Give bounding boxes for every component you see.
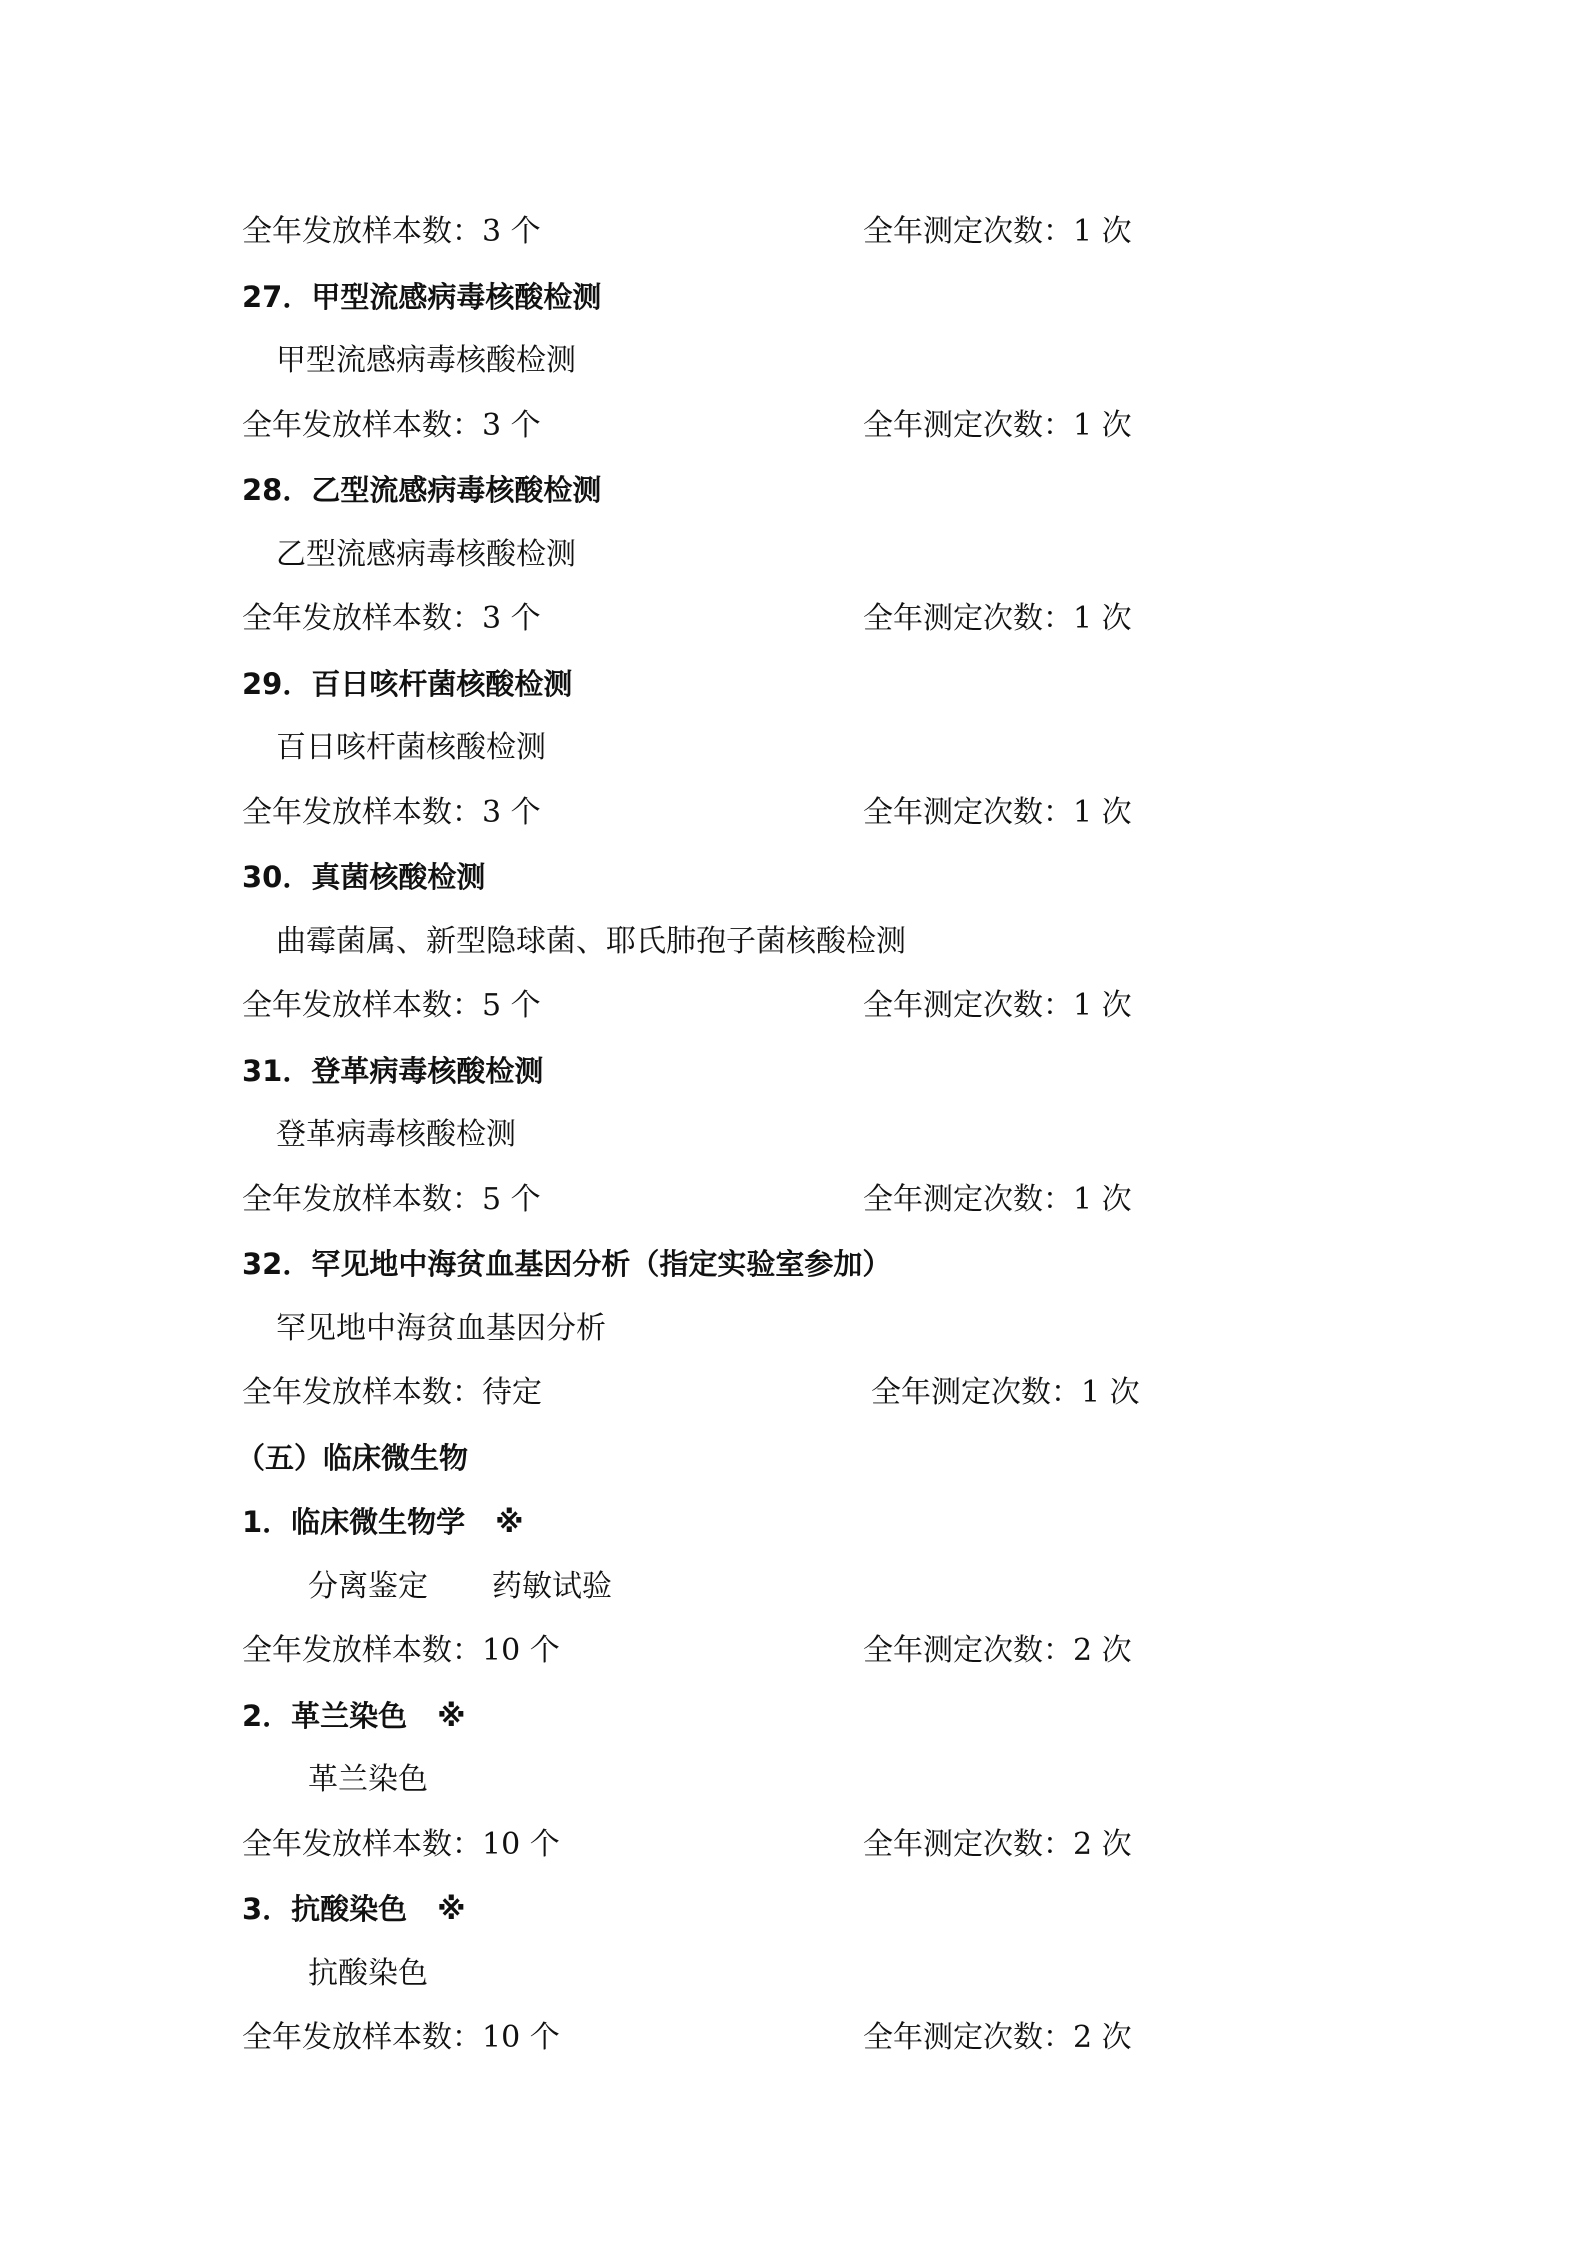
desc-item: 分离鉴定: [308, 1569, 428, 1604]
times-label: 全年测定次数：: [863, 601, 1073, 636]
times-cell: 全年测定次数：2 次: [863, 1619, 1132, 1683]
item-heading-28: 28．乙型流感病毒核酸检测: [242, 458, 601, 522]
item-heading-32: 32．罕见地中海贫血基因分析（指定实验室参加）: [242, 1232, 891, 1296]
item-description: 分离鉴定药敏试验: [242, 1555, 612, 1619]
item-heading-31: 31．登革病毒核酸检测: [242, 1039, 543, 1103]
samples-value: 3 个: [482, 795, 541, 830]
times-cell: 全年测定次数：1 次: [871, 1361, 1140, 1425]
times-label: 全年测定次数：: [871, 1375, 1081, 1410]
item-description: 乙型流感病毒核酸检测: [242, 523, 576, 587]
times-value: 1 次: [1073, 601, 1132, 636]
samples-value: 3 个: [482, 214, 541, 249]
samples-label: 全年发放样本数：: [242, 795, 482, 830]
times-label: 全年测定次数：: [863, 1827, 1073, 1862]
samples-label: 全年发放样本数：: [242, 214, 482, 249]
item-description: 百日咳杆菌核酸检测: [242, 716, 546, 780]
samples-label: 全年发放样本数：: [242, 1375, 482, 1410]
samples-value: 10 个: [482, 1827, 560, 1862]
times-label: 全年测定次数：: [863, 2020, 1073, 2055]
times-value: 1 次: [1073, 988, 1132, 1023]
times-label: 全年测定次数：: [863, 1633, 1073, 1668]
samples-label: 全年发放样本数：: [242, 2020, 482, 2055]
stats-row: 全年发放样本数：10 个 全年测定次数：2 次: [242, 2006, 560, 2070]
samples-label: 全年发放样本数：: [242, 601, 482, 636]
heading-text: 1．临床微生物学: [242, 1505, 465, 1539]
times-value: 2 次: [1073, 1633, 1132, 1668]
item-heading-1: 1．临床微生物学※: [242, 1490, 523, 1554]
samples-label: 全年发放样本数：: [242, 988, 482, 1023]
samples-value: 5 个: [482, 988, 541, 1023]
times-label: 全年测定次数：: [863, 795, 1073, 830]
samples-label: 全年发放样本数：: [242, 1827, 482, 1862]
times-label: 全年测定次数：: [863, 988, 1073, 1023]
samples-value: 10 个: [482, 1633, 560, 1668]
reference-mark-icon: ※: [437, 1892, 465, 1926]
times-value: 1 次: [1073, 795, 1132, 830]
item-description: 抗酸染色: [242, 1942, 428, 2006]
times-value: 1 次: [1073, 214, 1132, 249]
samples-value: 3 个: [482, 408, 541, 443]
samples-label: 全年发放样本数：: [242, 1182, 482, 1217]
item-description: 革兰染色: [242, 1748, 428, 1812]
item-description: 曲霉菌属、新型隐球菌、耶氏肺孢子菌核酸检测: [242, 910, 906, 974]
desc-item: 药敏试验: [492, 1569, 612, 1604]
samples-value: 10 个: [482, 2020, 560, 2055]
times-label: 全年测定次数：: [863, 408, 1073, 443]
reference-mark-icon: ※: [495, 1505, 523, 1539]
stats-row: 全年发放样本数：3 个 全年测定次数：1 次: [242, 781, 541, 845]
item-description: 罕见地中海贫血基因分析: [242, 1297, 606, 1361]
times-cell: 全年测定次数：1 次: [863, 781, 1132, 845]
heading-text: 2．革兰染色: [242, 1699, 407, 1733]
samples-label: 全年发放样本数：: [242, 1633, 482, 1668]
times-cell: 全年测定次数：1 次: [863, 1168, 1132, 1232]
times-value: 2 次: [1073, 2020, 1132, 2055]
section-heading-clinical-microbiology: （五）临床微生物: [236, 1426, 468, 1490]
stats-row: 全年发放样本数：10 个 全年测定次数：2 次: [242, 1813, 560, 1877]
samples-value: 3 个: [482, 601, 541, 636]
reference-mark-icon: ※: [437, 1699, 465, 1733]
item-heading-3: 3．抗酸染色※: [242, 1877, 465, 1941]
times-value: 1 次: [1073, 1182, 1132, 1217]
times-value: 2 次: [1073, 1827, 1132, 1862]
times-label: 全年测定次数：: [863, 1182, 1073, 1217]
item-heading-29: 29．百日咳杆菌核酸检测: [242, 652, 572, 716]
times-label: 全年测定次数：: [863, 214, 1073, 249]
times-cell: 全年测定次数：2 次: [863, 2006, 1132, 2070]
times-cell: 全年测定次数：1 次: [863, 974, 1132, 1038]
stats-row: 全年发放样本数：5 个 全年测定次数：1 次: [242, 974, 541, 1038]
item-heading-27: 27．甲型流感病毒核酸检测: [242, 265, 601, 329]
times-cell: 全年测定次数：1 次: [863, 394, 1132, 458]
times-value: 1 次: [1081, 1375, 1140, 1410]
times-cell: 全年测定次数：2 次: [863, 1813, 1132, 1877]
samples-value: 待定: [482, 1375, 542, 1410]
item-heading-2: 2．革兰染色※: [242, 1684, 465, 1748]
stats-row: 全年发放样本数：3 个 全年测定次数：1 次: [242, 394, 541, 458]
stats-row: 全年发放样本数：3 个 全年测定次数：1 次: [242, 587, 541, 651]
item-heading-30: 30．真菌核酸检测: [242, 845, 485, 909]
item-description: 甲型流感病毒核酸检测: [242, 329, 576, 393]
stats-row: 全年发放样本数：5 个 全年测定次数：1 次: [242, 1168, 541, 1232]
stats-row: 全年发放样本数：待定 全年测定次数：1 次: [242, 1361, 542, 1425]
times-cell: 全年测定次数：1 次: [863, 587, 1132, 651]
stats-row: 全年发放样本数：10 个 全年测定次数：2 次: [242, 1619, 560, 1683]
times-cell: 全年测定次数：1 次: [863, 200, 1132, 264]
stats-row: 全年发放样本数：3 个 全年测定次数：1 次: [242, 200, 541, 264]
samples-value: 5 个: [482, 1182, 541, 1217]
item-description: 登革病毒核酸检测: [242, 1103, 516, 1167]
samples-label: 全年发放样本数：: [242, 408, 482, 443]
times-value: 1 次: [1073, 408, 1132, 443]
heading-text: 3．抗酸染色: [242, 1892, 407, 1926]
